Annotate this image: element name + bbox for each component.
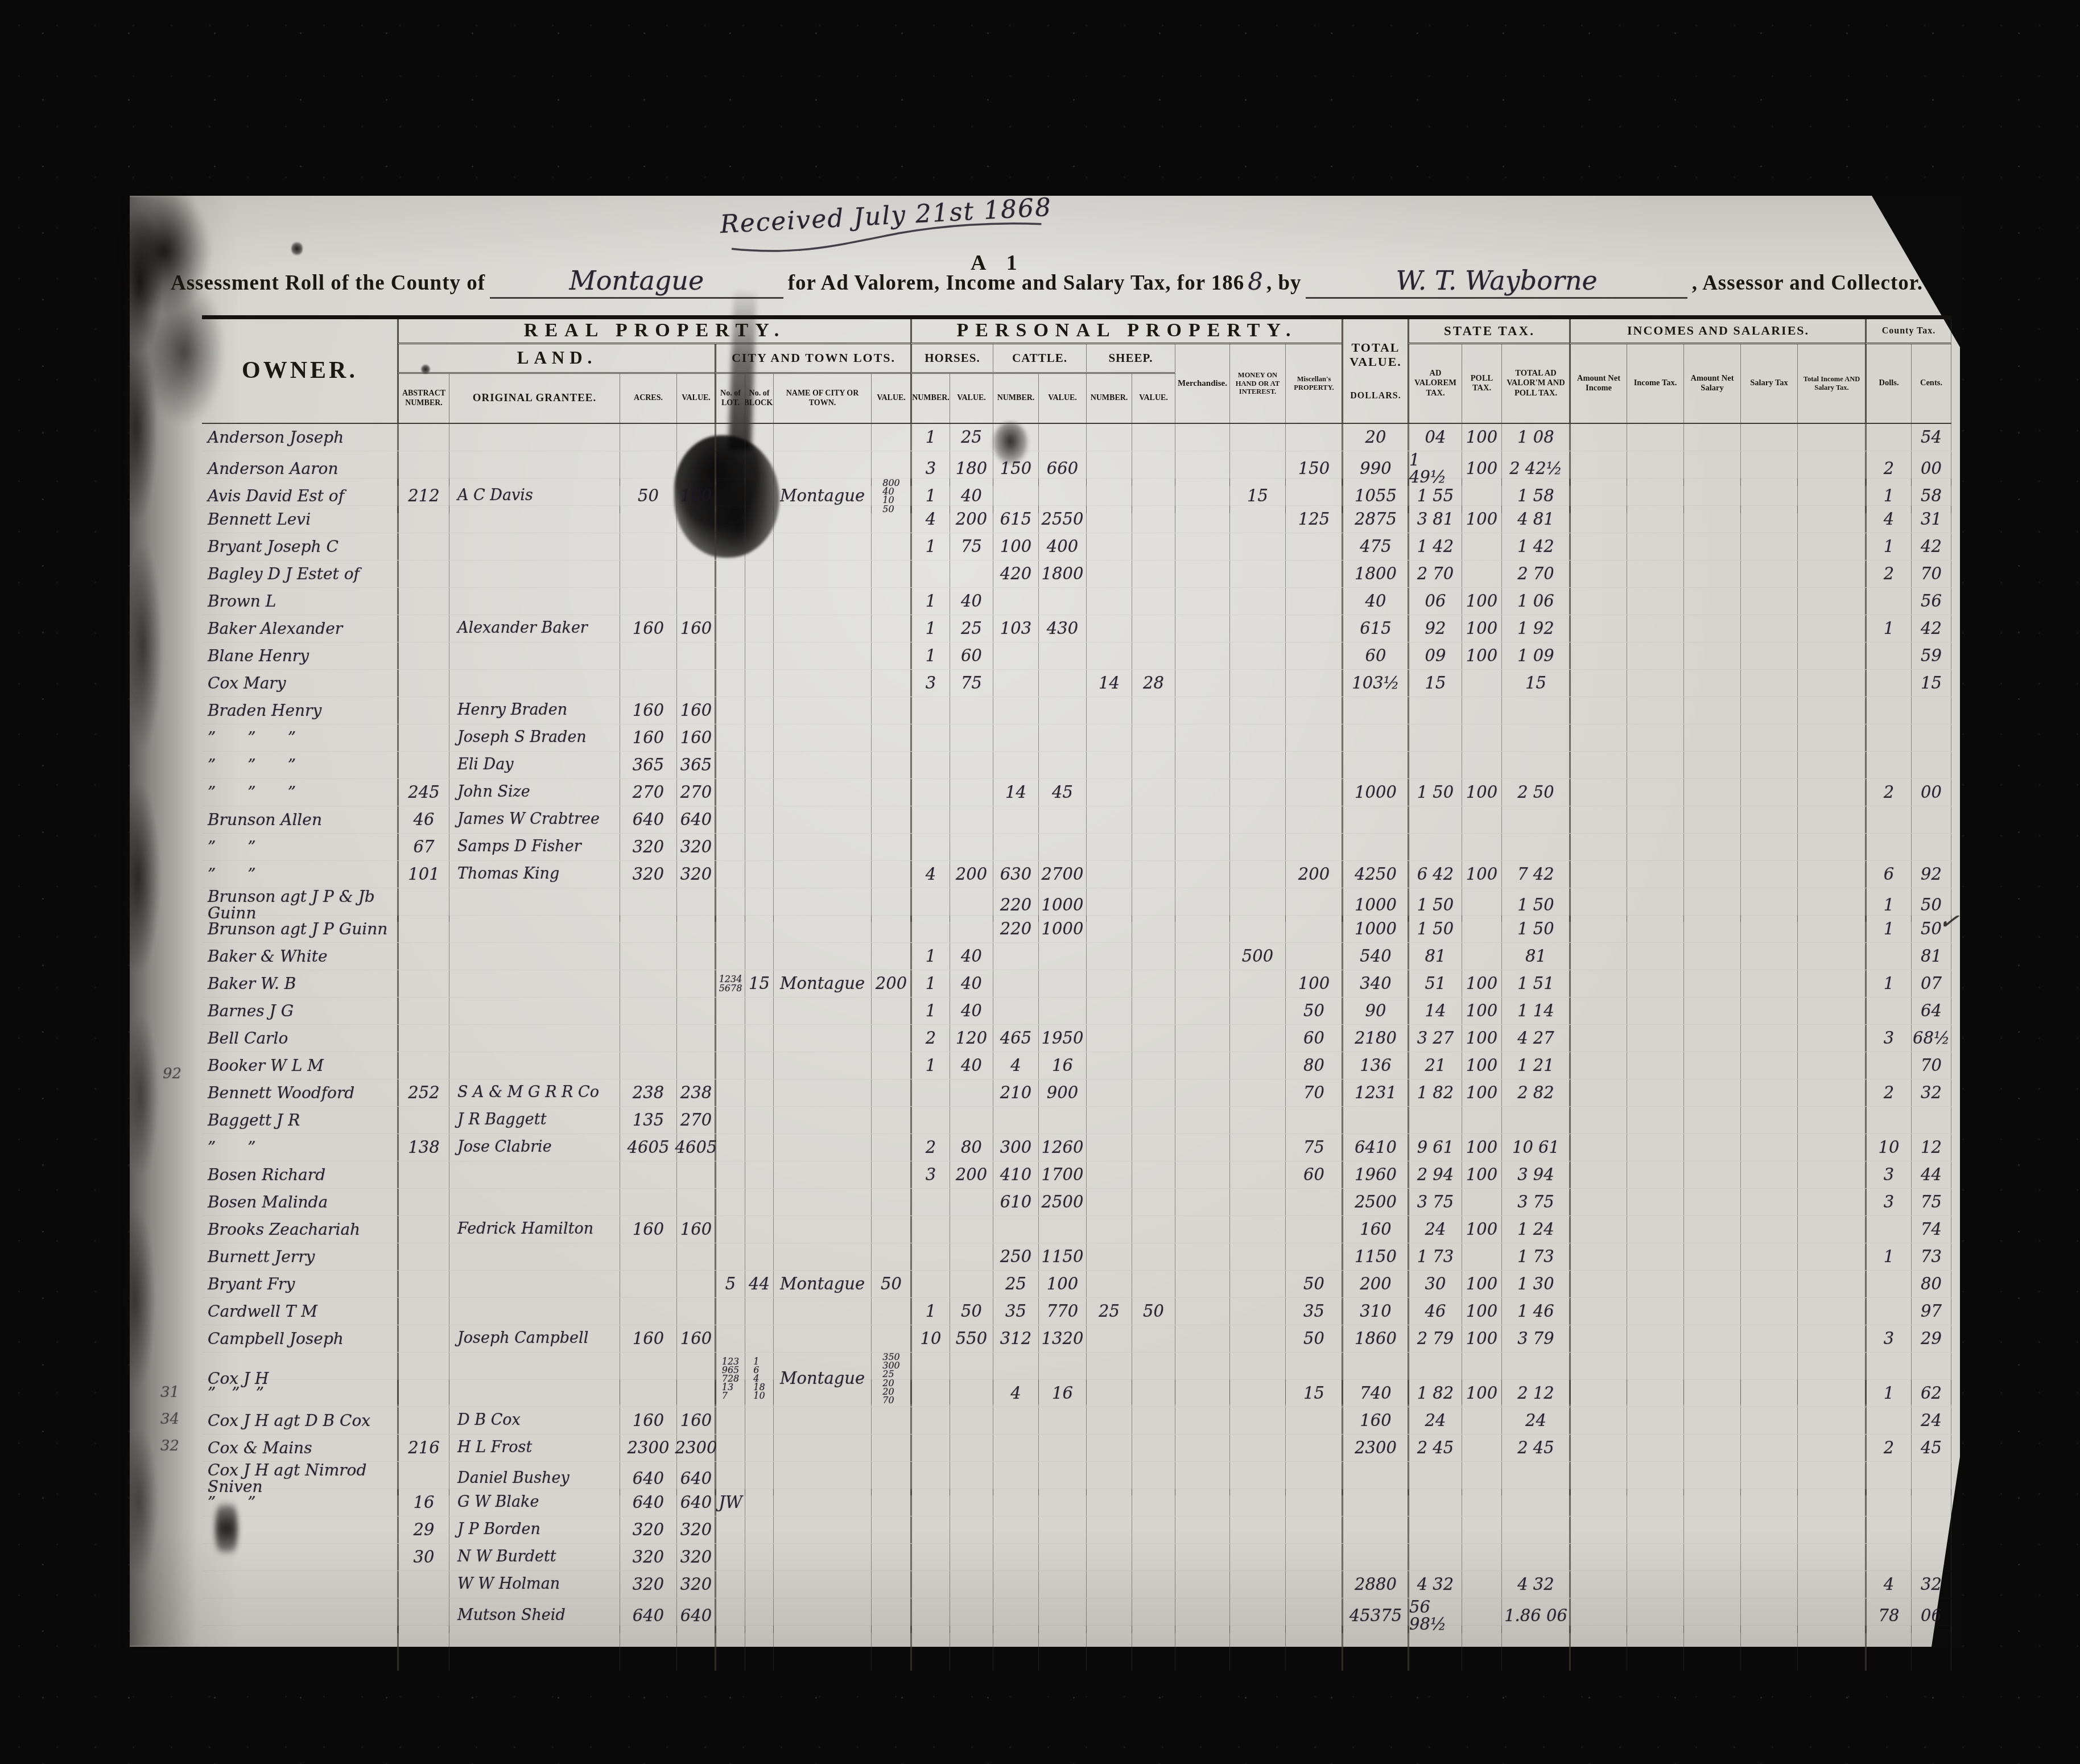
cell-block-number xyxy=(745,1544,774,1571)
cell-acres: 320 xyxy=(620,834,677,860)
cell-total-advalorem-poll-tax xyxy=(1502,724,1570,751)
cell-total-income-salary-tax xyxy=(1798,998,1866,1024)
margin-note: 92 xyxy=(163,1065,181,1082)
table-row: Cox Mary3751428103½151515 xyxy=(202,670,1951,697)
cell-net-income xyxy=(1569,1435,1627,1461)
cell-horses-number xyxy=(910,1107,950,1134)
cell-ad-valorem-tax xyxy=(1408,806,1462,833)
cell-county-tax-dollars: 2 xyxy=(1865,1435,1912,1461)
cell-miscellaneous-value xyxy=(1286,1243,1343,1270)
cell-block-number xyxy=(745,424,774,451)
cell-total-income-salary-tax xyxy=(1798,752,1866,778)
header-sheep-number: NUMBER. xyxy=(1087,374,1132,423)
cell-lot-value xyxy=(872,1134,911,1161)
cell-acres: 320 xyxy=(620,861,677,888)
cell-poll-tax: 100 xyxy=(1462,779,1502,806)
cell-cattle-number xyxy=(993,1544,1039,1571)
cell-money-amount xyxy=(1230,697,1286,724)
cell-money-amount xyxy=(1230,1407,1286,1434)
cell-sheep-number xyxy=(1087,1216,1132,1243)
cell-total-income-salary-tax xyxy=(1798,834,1866,860)
cell-land-value: 320 xyxy=(677,1571,716,1598)
cell-cattle-value: 400 xyxy=(1039,533,1087,560)
cell-net-salary xyxy=(1684,1134,1741,1161)
cell-owner-name: Barnes J G xyxy=(202,998,398,1024)
table-row: Cox & Mains216H L Frost2300230023002 452… xyxy=(202,1435,1951,1462)
table-row: Campbell JosephJoseph Campbell1601601055… xyxy=(202,1325,1951,1353)
cell-lot-value xyxy=(872,1544,911,1571)
cell-county-tax-cents: 29 xyxy=(1912,1325,1951,1352)
cell-income-tax xyxy=(1627,1380,1684,1407)
cell-poll-tax: 100 xyxy=(1462,424,1502,451)
cell-ad-valorem-tax: 81 xyxy=(1408,943,1462,970)
cell-salary-tax xyxy=(1741,998,1798,1024)
cell-owner-name: Bosen Malinda xyxy=(202,1189,398,1215)
header-city-name: NAME OF CITY OR TOWN. xyxy=(774,374,872,423)
cell-county-tax-cents xyxy=(1912,697,1951,724)
cell-cattle-number xyxy=(993,1516,1039,1543)
cell-owner-name: Baker Alexander xyxy=(202,615,398,642)
cell-income-tax xyxy=(1627,834,1684,860)
cell-county-tax-dollars: 6 xyxy=(1865,861,1912,888)
cell-cattle-value: 1320 xyxy=(1039,1325,1087,1352)
cell-net-income xyxy=(1569,424,1627,451)
cell-county-tax-cents: 70 xyxy=(1912,560,1951,587)
cell-acres xyxy=(620,588,677,615)
header-sheep: SHEEP. xyxy=(1087,344,1175,374)
cell-cattle-value: 770 xyxy=(1039,1298,1087,1325)
cell-lot-number xyxy=(715,1571,745,1598)
cell-total-income-salary-tax xyxy=(1798,724,1866,751)
cell-abstract-number xyxy=(397,1052,449,1079)
cell-original-grantee: Henry Braden xyxy=(449,697,620,724)
cell-county-tax-dollars: 1 xyxy=(1865,1243,1912,1270)
cell-city-or-town xyxy=(774,752,872,778)
table-row: Baker AlexanderAlexander Baker1601601251… xyxy=(202,615,1951,642)
cell-total-value: 1960 xyxy=(1342,1161,1409,1188)
cell-total-value: 60 xyxy=(1342,642,1409,669)
cell-abstract-number xyxy=(397,615,449,642)
cell-total-advalorem-poll-tax: 3 94 xyxy=(1502,1161,1570,1188)
cell-acres xyxy=(620,1271,677,1297)
header-personal-property: PERSONAL PROPERTY. xyxy=(910,319,1343,344)
cell-net-income xyxy=(1569,1298,1627,1325)
cell-city-or-town xyxy=(774,1325,872,1352)
cell-sheep-value xyxy=(1132,861,1175,888)
cell-original-grantee: G W Blake xyxy=(449,1489,620,1516)
left-edge-stain xyxy=(125,196,196,1647)
cell-sheep-number xyxy=(1087,943,1132,970)
cell-acres: 238 xyxy=(620,1079,677,1106)
cell-land-value xyxy=(677,970,716,997)
cell-net-income xyxy=(1569,1216,1627,1243)
cell-total-value xyxy=(1342,1544,1409,1571)
cell-county-tax-cents xyxy=(1912,1626,1951,1671)
cell-cattle-number: 14 xyxy=(993,779,1039,806)
cell-lot-number xyxy=(715,615,745,642)
cell-total-income-salary-tax xyxy=(1798,1407,1866,1434)
cell-total-income-salary-tax xyxy=(1798,506,1866,533)
cell-county-tax-dollars: 1 xyxy=(1865,533,1912,560)
cell-lot-number xyxy=(715,724,745,751)
cell-total-value: 200 xyxy=(1342,1271,1409,1297)
cell-total-advalorem-poll-tax: 81 xyxy=(1502,943,1570,970)
cell-total-advalorem-poll-tax: 1 50 xyxy=(1502,916,1570,942)
cell-county-tax-cents xyxy=(1912,834,1951,860)
cell-cattle-value xyxy=(1039,834,1087,860)
cell-acres xyxy=(620,1298,677,1325)
cell-owner-name: Bennett Levi xyxy=(202,506,398,533)
cell-abstract-number xyxy=(397,1243,449,1270)
cell-ad-valorem-tax: 14 xyxy=(1408,998,1462,1024)
cell-county-tax-dollars xyxy=(1865,697,1912,724)
cell-poll-tax xyxy=(1462,670,1502,696)
cell-county-tax-dollars xyxy=(1865,834,1912,860)
cell-county-tax-cents: 54 xyxy=(1912,424,1951,451)
cell-owner-name: Anderson Joseph xyxy=(202,424,398,451)
cell-net-salary xyxy=(1684,1271,1741,1297)
cell-total-income-salary-tax xyxy=(1798,424,1866,451)
cell-horses-number: 2 xyxy=(910,1134,950,1161)
cell-cattle-number xyxy=(993,670,1039,696)
cell-poll-tax xyxy=(1462,1544,1502,1571)
cell-acres: 320 xyxy=(620,1571,677,1598)
cell-sheep-number xyxy=(1087,1079,1132,1106)
cell-horses-number: 1 xyxy=(910,642,950,669)
cell-sheep-value xyxy=(1132,1489,1175,1516)
cell-ad-valorem-tax: 1 50 xyxy=(1408,779,1462,806)
cell-salary-tax xyxy=(1741,615,1798,642)
cell-total-income-salary-tax xyxy=(1798,615,1866,642)
cell-lot-number xyxy=(715,1025,745,1052)
cell-county-tax-dollars xyxy=(1865,998,1912,1024)
cell-miscellaneous-value: 70 xyxy=(1286,1079,1343,1106)
cell-total-advalorem-poll-tax: 2 12 xyxy=(1502,1380,1570,1407)
cell-sheep-number xyxy=(1087,1489,1132,1516)
cell-net-salary xyxy=(1684,834,1741,860)
cell-horses-value xyxy=(950,1544,993,1571)
cell-horses-value xyxy=(950,1380,993,1407)
cell-total-income-salary-tax xyxy=(1798,588,1866,615)
cell-owner-name: Baker W. B xyxy=(202,970,398,997)
cell-city-or-town xyxy=(774,916,872,942)
cell-county-tax-cents: 32 xyxy=(1912,1571,1951,1598)
cell-salary-tax xyxy=(1741,724,1798,751)
cell-merchandise-value xyxy=(1175,1407,1230,1434)
cell-land-value: 2300 xyxy=(677,1435,716,1461)
cell-land-value xyxy=(677,916,716,942)
cell-total-income-salary-tax xyxy=(1798,1134,1866,1161)
cell-miscellaneous-value xyxy=(1286,1489,1343,1516)
cell-county-tax-cents: 70 xyxy=(1912,1052,1951,1079)
cell-sheep-value xyxy=(1132,1079,1175,1106)
cell-merchandise-value xyxy=(1175,834,1230,860)
cell-merchandise-value xyxy=(1175,779,1230,806)
cell-land-value: 160 xyxy=(677,1216,716,1243)
cell-city-or-town xyxy=(774,533,872,560)
cell-horses-number xyxy=(910,1271,950,1297)
table-row: ” ” ”Eli Day365365 xyxy=(202,752,1951,779)
cell-money-amount xyxy=(1230,1216,1286,1243)
cell-net-salary xyxy=(1684,1407,1741,1434)
cell-income-tax xyxy=(1627,1571,1684,1598)
cell-lot-value: 200 xyxy=(872,970,911,997)
cell-original-grantee: S A & M G R R Co xyxy=(449,1079,620,1106)
cell-cattle-number xyxy=(993,1489,1039,1516)
cell-net-salary xyxy=(1684,642,1741,669)
cell-sheep-value: 50 xyxy=(1132,1298,1175,1325)
cell-block-number xyxy=(745,806,774,833)
cell-total-value: 1000 xyxy=(1342,916,1409,942)
cell-cattle-value xyxy=(1039,752,1087,778)
table-row: ” ”138Jose Clabrie4605460528030012607564… xyxy=(202,1134,1951,1161)
cell-acres: 320 xyxy=(620,1544,677,1571)
cell-lot-number xyxy=(715,1079,745,1106)
cell-acres xyxy=(620,943,677,970)
cell-land-value xyxy=(677,1298,716,1325)
cell-owner-name: Brooks Zeachariah xyxy=(202,1216,398,1243)
cell-money-amount xyxy=(1230,1052,1286,1079)
cell-ad-valorem-tax: 3 75 xyxy=(1408,1189,1462,1215)
cell-net-income xyxy=(1569,970,1627,997)
cell-sheep-number xyxy=(1087,1407,1132,1434)
cell-horses-value: 40 xyxy=(950,998,993,1024)
cell-sheep-number xyxy=(1087,588,1132,615)
header-horses-value: VALUE. xyxy=(950,374,993,423)
cell-horses-number: 3 xyxy=(910,670,950,696)
cell-original-grantee: J R Baggett xyxy=(449,1107,620,1134)
cell-money-amount xyxy=(1230,724,1286,751)
cell-sheep-value xyxy=(1132,1380,1175,1407)
table-header: OWNER. REAL PROPERTY. PERSONAL PROPERTY.… xyxy=(202,319,1951,424)
cell-abstract-number xyxy=(397,588,449,615)
cell-abstract-number xyxy=(397,998,449,1024)
cell-cattle-value: 1800 xyxy=(1039,560,1087,587)
cell-income-tax xyxy=(1627,1216,1684,1243)
cell-ad-valorem-tax: 24 xyxy=(1408,1216,1462,1243)
cell-merchandise-value xyxy=(1175,506,1230,533)
cell-county-tax-dollars xyxy=(1865,1516,1912,1543)
cell-city-or-town xyxy=(774,1134,872,1161)
cell-money-amount xyxy=(1230,1271,1286,1297)
cell-poll-tax: 100 xyxy=(1462,970,1502,997)
cell-cattle-number: 312 xyxy=(993,1325,1039,1352)
cell-horses-number xyxy=(910,1544,950,1571)
cell-ad-valorem-tax: 6 42 xyxy=(1408,861,1462,888)
cell-merchandise-value xyxy=(1175,1025,1230,1052)
cell-total-advalorem-poll-tax xyxy=(1502,1516,1570,1543)
cell-lot-value xyxy=(872,588,911,615)
margin-note: 34 xyxy=(160,1411,179,1428)
cell-abstract-number xyxy=(397,916,449,942)
cell-original-grantee: Fedrick Hamilton xyxy=(449,1216,620,1243)
cell-block-number xyxy=(745,861,774,888)
cell-miscellaneous-value: 100 xyxy=(1286,970,1343,997)
cell-owner-name: Blane Henry xyxy=(202,642,398,669)
cell-total-advalorem-poll-tax: 1 09 xyxy=(1502,642,1570,669)
cell-net-salary xyxy=(1684,560,1741,587)
cell-miscellaneous-value xyxy=(1286,1435,1343,1461)
cell-county-tax-cents: 42 xyxy=(1912,533,1951,560)
header-horses-number: NUMBER. xyxy=(910,374,950,423)
cell-land-value xyxy=(677,560,716,587)
cell-sheep-value xyxy=(1132,1107,1175,1134)
cell-income-tax xyxy=(1627,1161,1684,1188)
cell-lot-value xyxy=(872,642,911,669)
header-total-adval-poll-tax: TOTAL AD VALOR'M AND POLL TAX. xyxy=(1502,344,1570,423)
cell-sheep-number xyxy=(1087,1271,1132,1297)
cell-county-tax-dollars xyxy=(1865,1107,1912,1134)
cell-merchandise-value xyxy=(1175,1516,1230,1543)
cell-miscellaneous-value xyxy=(1286,943,1343,970)
cell-sheep-value xyxy=(1132,834,1175,860)
cell-income-tax xyxy=(1627,1134,1684,1161)
cell-money-amount xyxy=(1230,670,1286,696)
cell-merchandise-value xyxy=(1175,1435,1230,1461)
cell-acres xyxy=(620,1380,677,1407)
cell-total-advalorem-poll-tax: 3 79 xyxy=(1502,1325,1570,1352)
cell-salary-tax xyxy=(1741,970,1798,997)
cell-lot-number xyxy=(715,1107,745,1134)
cell-lot-value: 800 40 10 50 xyxy=(872,479,911,513)
cell-block-number xyxy=(745,916,774,942)
header-sheep-value: VALUE. xyxy=(1132,374,1175,423)
cell-total-advalorem-poll-tax: 1 08 xyxy=(1502,424,1570,451)
table-row: Cardwell T M15035770255035310461001 4697 xyxy=(202,1298,1951,1325)
cell-cattle-value: 16 xyxy=(1039,1052,1087,1079)
cell-land-value xyxy=(677,1243,716,1270)
cell-sheep-number xyxy=(1087,506,1132,533)
cell-city-or-town xyxy=(774,1571,872,1598)
cell-total-value xyxy=(1342,1516,1409,1543)
cell-lot-number xyxy=(715,998,745,1024)
cell-cattle-value xyxy=(1039,998,1087,1024)
cell-horses-value: 120 xyxy=(950,1025,993,1052)
cell-cattle-number: 100 xyxy=(993,533,1039,560)
cell-poll-tax: 100 xyxy=(1462,588,1502,615)
cell-abstract-number xyxy=(397,560,449,587)
cell-sheep-number xyxy=(1087,1025,1132,1052)
cell-lot-value xyxy=(872,1516,911,1543)
cell-poll-tax xyxy=(1462,1243,1502,1270)
cell-lot-value xyxy=(872,670,911,696)
title-by: , by xyxy=(1266,271,1302,295)
cell-city-or-town xyxy=(774,1626,872,1671)
cell-net-income xyxy=(1569,1325,1627,1352)
cell-miscellaneous-value xyxy=(1286,1544,1343,1571)
cell-miscellaneous-value: 125 xyxy=(1286,506,1343,533)
header-total-value: TOTAL VALUE. DOLLARS. xyxy=(1342,319,1409,423)
cell-city-or-town xyxy=(774,806,872,833)
cell-total-value: 1000 xyxy=(1342,779,1409,806)
header-cattle: CATTLE. xyxy=(993,344,1087,374)
cell-net-salary xyxy=(1684,424,1741,451)
cell-land-value: 160 xyxy=(677,1407,716,1434)
cell-sheep-value xyxy=(1132,506,1175,533)
cell-owner-name: Cox J H agt D B Cox xyxy=(202,1407,398,1434)
header-incomes-salaries: INCOMES AND SALARIES. xyxy=(1569,319,1866,344)
cell-abstract-number xyxy=(397,1189,449,1215)
cell-lot-number: 5 xyxy=(715,1271,745,1297)
cell-merchandise-value xyxy=(1175,1079,1230,1106)
cell-net-salary xyxy=(1684,970,1741,997)
cell-horses-number xyxy=(910,1435,950,1461)
cell-lot-number xyxy=(715,779,745,806)
cell-horses-number: 10 xyxy=(910,1325,950,1352)
cell-poll-tax xyxy=(1462,1516,1502,1543)
cell-total-income-salary-tax xyxy=(1798,1271,1866,1297)
cell-miscellaneous-value xyxy=(1286,1216,1343,1243)
cell-sheep-number xyxy=(1087,697,1132,724)
cell-horses-number xyxy=(910,806,950,833)
cell-horses-value xyxy=(950,1189,993,1215)
cell-miscellaneous-value xyxy=(1286,1407,1343,1434)
table-row: Booker W L M14041680136211001 2170 xyxy=(202,1052,1951,1079)
cell-lot-value xyxy=(872,424,911,451)
cell-salary-tax xyxy=(1741,588,1798,615)
cell-net-income xyxy=(1569,1107,1627,1134)
cell-miscellaneous-value xyxy=(1286,1516,1343,1543)
cell-poll-tax xyxy=(1462,697,1502,724)
table-row: Brunson agt J P Guinn220100010001 501 50… xyxy=(202,916,1951,943)
cell-county-tax-dollars: 1 xyxy=(1865,615,1912,642)
cell-income-tax xyxy=(1627,615,1684,642)
cell-lot-number xyxy=(715,1189,745,1215)
cell-original-grantee xyxy=(449,1161,620,1188)
cell-sheep-number xyxy=(1087,424,1132,451)
cell-block-number xyxy=(745,697,774,724)
cell-county-tax-dollars: 1 xyxy=(1865,916,1912,942)
title-line: Assessment Roll of the County of Montagu… xyxy=(171,265,1923,299)
cell-original-grantee: Thomas King xyxy=(449,861,620,888)
cell-poll-tax: 100 xyxy=(1462,642,1502,669)
cell-land-value xyxy=(677,1052,716,1079)
cell-total-income-salary-tax xyxy=(1798,560,1866,587)
cell-poll-tax xyxy=(1462,943,1502,970)
cell-lot-number xyxy=(715,1325,745,1352)
cell-salary-tax xyxy=(1741,1435,1798,1461)
cell-city-or-town: Montague xyxy=(774,1271,872,1297)
cell-cattle-number xyxy=(993,834,1039,860)
cell-city-or-town xyxy=(774,1052,872,1079)
cell-cattle-number: 610 xyxy=(993,1189,1039,1215)
cell-horses-value xyxy=(950,916,993,942)
cell-income-tax xyxy=(1627,779,1684,806)
cell-county-tax-cents: 74 xyxy=(1912,1216,1951,1243)
cell-salary-tax xyxy=(1741,1380,1798,1407)
cell-block-number xyxy=(745,615,774,642)
cell-lot-value xyxy=(872,615,911,642)
cell-sheep-number xyxy=(1087,1243,1132,1270)
cell-county-tax-dollars xyxy=(1865,943,1912,970)
cell-miscellaneous-value xyxy=(1286,697,1343,724)
header-salary-tax: Salary Tax xyxy=(1741,344,1798,423)
cell-cattle-number: 103 xyxy=(993,615,1039,642)
cell-sheep-value xyxy=(1132,806,1175,833)
cell-city-or-town xyxy=(774,1407,872,1434)
cell-horses-value xyxy=(950,697,993,724)
cell-money-amount xyxy=(1230,424,1286,451)
cell-cattle-value: 1150 xyxy=(1039,1243,1087,1270)
cell-horses-number: 1 xyxy=(910,588,950,615)
cell-original-grantee: John Size xyxy=(449,779,620,806)
cell-income-tax xyxy=(1627,806,1684,833)
cell-lot-value xyxy=(872,1325,911,1352)
cell-money-amount xyxy=(1230,1189,1286,1215)
cell-net-income xyxy=(1569,1243,1627,1270)
header-abstract-number: ABSTRACT NUMBER. xyxy=(397,374,449,423)
cell-lot-number xyxy=(715,670,745,696)
